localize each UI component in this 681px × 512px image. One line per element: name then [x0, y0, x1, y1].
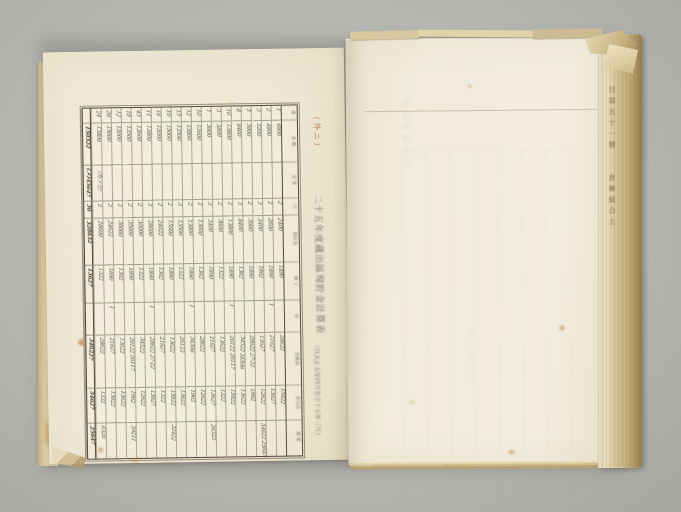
handwritten-value: 43 [135, 109, 140, 116]
table-cell: 15822 [106, 388, 116, 423]
handwritten-value: 28600 [147, 219, 152, 236]
table-cell [173, 164, 183, 200]
handwritten-value: 35000 [126, 220, 131, 237]
table-cell: （外メ分） [93, 165, 103, 201]
table-cell: 13800 [223, 216, 233, 263]
table-cell: 1 [145, 303, 155, 335]
table-cell: 54622 25647 [257, 421, 267, 453]
table-cell: 28622 [95, 335, 105, 388]
handwritten-value: 28622 [198, 336, 203, 353]
table-cell: 1962 [186, 387, 196, 422]
table-cell: 5800 [242, 121, 252, 163]
table-header-cell: 差引高 [286, 385, 302, 420]
handwritten-value: 3 [255, 108, 260, 112]
table-cell: 2 [153, 201, 162, 218]
table-cell: 13622 [176, 387, 186, 422]
table-cell: 12 [182, 107, 191, 122]
handwritten-value: 16 [155, 109, 160, 116]
table-cell [115, 303, 125, 335]
table-cell [103, 165, 113, 201]
table-cell: 13800 [182, 122, 192, 164]
handwritten-value: 328632 [85, 220, 91, 243]
table-cell: 21627 [155, 335, 165, 388]
table-cell: 28622 27-22 [145, 335, 155, 388]
handwritten-value: 1962 [129, 390, 134, 404]
table-cell [247, 421, 257, 453]
handwritten-value: 2 [106, 203, 111, 207]
handwritten-value: 15822 [229, 388, 234, 405]
table-cell: 26122 [175, 334, 185, 387]
handwritten-value: 2400 [276, 217, 281, 231]
table-cell [253, 163, 263, 199]
document-subtitle: （自大正五年四月至仝十五年三月） [312, 342, 323, 438]
table-cell [137, 423, 147, 455]
handwritten-value: 1890 [147, 266, 152, 280]
handwritten-value: 13627 [149, 389, 155, 406]
table-cell: 3 [113, 201, 122, 218]
handwritten-value: 2 [136, 203, 141, 207]
table-cell [227, 421, 237, 453]
handwritten-value: 3400 [206, 218, 211, 232]
table-cell: 1890 [104, 265, 114, 303]
table-cell [157, 423, 167, 455]
handwritten-value: 150322 [84, 125, 90, 148]
table-cell [213, 164, 223, 200]
table-cell: 13627 [206, 387, 216, 422]
table-cell [163, 164, 173, 200]
handwritten-value: 1322 [97, 267, 102, 281]
handwritten-value: 26122 26117 [228, 335, 234, 369]
table-cell [183, 164, 193, 200]
table-cell: 3600 [202, 122, 212, 164]
table-cell: 328632 [83, 219, 92, 266]
table-cell: 3400 [253, 216, 263, 263]
handwritten-value: 12622 [259, 388, 264, 405]
handwritten-value: 13500 [125, 125, 130, 142]
handwritten-value: 1890 [187, 266, 192, 280]
handwritten-value: 1362 [157, 266, 162, 280]
table-cell: 13627 [84, 266, 93, 304]
handwritten-value: 28622 [98, 337, 103, 354]
handwritten-value: 13622 [218, 335, 223, 352]
table-cell: 2 [223, 199, 232, 216]
table-cell: 2 [262, 106, 271, 121]
table-cell: 28600 [93, 218, 103, 265]
handwritten-value: 13600 [135, 125, 141, 142]
handwritten-value: 15000 [155, 124, 160, 141]
table-cell: 35000 [123, 218, 133, 265]
table-cell: 1362 [154, 265, 164, 303]
table-header-cell: 受拂高 [285, 332, 301, 385]
table-cell: 15000 [162, 122, 172, 164]
handwritten-value: 5800 [245, 123, 250, 137]
table-cell: 13800 [222, 121, 232, 163]
table-cell: 1862 [254, 263, 264, 301]
handwritten-value: 39211 [130, 425, 135, 442]
handwritten-value: 12622 [199, 389, 205, 406]
handwritten-value: 1322 [219, 388, 224, 402]
table-cell [237, 421, 247, 453]
foxing-spot [230, 101, 234, 105]
table-cell: 1 [105, 303, 115, 335]
showthrough-text: 例年度計入 [466, 328, 477, 388]
handwritten-value: 34506 [188, 336, 193, 353]
table-cell: 13622 [215, 334, 225, 387]
handwritten-value: 2 [156, 202, 161, 206]
handwritten-value: 13627 [258, 335, 264, 352]
fore-edge-stack: 日第五十一號倉庫組合上 [598, 34, 642, 468]
table-cell [143, 165, 153, 201]
table-cell: 3600 [243, 216, 253, 263]
handwritten-value: 13800 [185, 124, 191, 141]
handwritten-value: 1890 [167, 266, 172, 280]
table-cell: 34522 [135, 335, 145, 388]
handwritten-value: 4800 [265, 123, 271, 137]
deckle-edge [350, 30, 420, 39]
table-cell: 1 [265, 301, 275, 333]
table-cell: 11 [142, 108, 151, 123]
table-cell [197, 422, 207, 454]
handwritten-value: 1362 [237, 265, 242, 279]
table-header-cell: 金 額 [282, 120, 298, 162]
handwritten-value: 15822 [109, 390, 114, 407]
handwritten-value: 13600 [197, 219, 202, 236]
table-cell [217, 422, 227, 454]
table-cell [125, 303, 135, 335]
table-cell: 346227 [85, 336, 94, 389]
handwritten-value: 18 [125, 110, 130, 117]
foxing-spot [98, 447, 103, 452]
table-cell: 24622 [153, 218, 163, 265]
handwritten-value: 2600 [266, 217, 271, 231]
table-cell [95, 303, 105, 335]
table-cell [243, 163, 253, 199]
table-cell: 13500 [173, 217, 183, 264]
table-cell [82, 109, 90, 124]
handwritten-value: 1962 [249, 388, 255, 402]
handwritten-value: 5 [245, 108, 250, 112]
handwritten-value: 2 [186, 202, 191, 206]
table-cell: 3 [212, 107, 221, 122]
table-cell [233, 163, 243, 199]
table-cell: 3 [252, 106, 261, 121]
handwritten-value: 13800 [225, 123, 230, 140]
handwritten-table: 番金 額記 事口現在高利 子印受拂高差引高摘 要 148002240018902… [82, 104, 304, 459]
foxing-spot [410, 400, 414, 404]
handwritten-value: 34522 34506 [238, 335, 244, 369]
handwritten-value: 1322 [177, 266, 183, 280]
handwritten-value: 26323 [209, 423, 215, 440]
handwritten-value: 15000 [105, 125, 110, 142]
table-cell: 3 [233, 199, 242, 216]
gutter-shadow [332, 40, 368, 468]
table-cell: 15 [172, 107, 181, 122]
handwritten-value: 15822 [169, 389, 175, 406]
handwritten-value: 24622 [156, 219, 162, 236]
table-cell: 4800 [262, 121, 272, 163]
table-cell [263, 163, 273, 199]
handwritten-value: 2 [216, 201, 221, 205]
table-cell: 1322 [134, 265, 144, 303]
table-cell [113, 165, 123, 201]
handwritten-value: 15 [175, 109, 180, 116]
table-cell: 2 [133, 201, 142, 218]
handwritten-value: （外メ分） [96, 167, 101, 194]
table-cell: 1890 [184, 264, 194, 302]
handwritten-value: 2 [226, 201, 231, 205]
table-cell [245, 301, 255, 333]
table-cell: 2 [183, 200, 192, 217]
table-cell: 13600 [132, 123, 142, 165]
handwritten-value: 1890 [247, 265, 252, 279]
deckle-edge [418, 30, 538, 38]
table-cell: 1322 [214, 264, 224, 302]
handwritten-value: 32422 [170, 424, 175, 441]
table-cell: 1322 [174, 264, 184, 302]
table-header-cell: 印 [285, 300, 301, 332]
handwritten-value: 1890 [277, 264, 283, 278]
table-cell: 3 [253, 199, 262, 216]
showthrough-text: 規届第組合名 [400, 98, 412, 170]
handwritten-value: 13800 [226, 218, 231, 235]
table-cell: 1962 [246, 386, 256, 421]
table-cell: 8 [232, 106, 241, 121]
table-title-strip: （外ニ） 二十五年度蔵出區現貯金計算表 （自大正五年四月至仝十五年三月） [298, 104, 334, 456]
table-cell: 36000 [113, 218, 123, 265]
handwritten-value: 36000 [116, 220, 121, 237]
table-cell [235, 301, 245, 333]
table-cell: 15822 [276, 386, 286, 421]
handwritten-value: 12 [185, 109, 190, 116]
handwritten-value: 10 [165, 109, 170, 116]
handwritten-value: 30000 [136, 220, 142, 237]
showthrough-table-ghost [401, 149, 599, 498]
table-cell: 12622 [136, 388, 146, 423]
handwritten-value: 2 [166, 202, 171, 206]
handwritten-value: 36 [85, 203, 90, 211]
handwritten-value: 12 [115, 110, 120, 117]
table-cell: 34506 [185, 334, 195, 387]
handwritten-value: 3600 [246, 218, 251, 232]
table-cell: 16 [152, 108, 161, 123]
table-cell: 26122 26117 [225, 333, 235, 386]
handwritten-value: 1 [275, 107, 280, 111]
table-cell: 4800 [272, 121, 282, 163]
handwritten-value: 13622 [179, 389, 184, 406]
table-cell [147, 423, 157, 455]
handwritten-value: 26 [105, 110, 110, 117]
table-cell: 28622 27-22 [245, 333, 255, 386]
handwritten-value: 1890 [227, 265, 233, 279]
handwritten-value: 3 [176, 202, 181, 206]
foxing-spot [78, 339, 84, 346]
table-header-cell: 利 子 [284, 262, 300, 300]
handwritten-value: 3400 [256, 218, 261, 232]
table-cell: 13800 [142, 123, 152, 165]
handwritten-value: 21627 [108, 337, 114, 354]
handwritten-value: 1890 [107, 267, 112, 281]
handwritten-value: 2 [266, 200, 271, 204]
table-cell: 15000 [152, 123, 162, 165]
handwritten-value: 12622 [139, 389, 144, 406]
handwritten-value: 15000 [166, 219, 171, 236]
foxing-spot [560, 325, 565, 330]
table-cell: 36 [83, 202, 91, 219]
table-cell: 8400 [233, 216, 243, 263]
table-cell: 150322 [82, 124, 91, 166]
table-cell: 15000 [112, 123, 122, 165]
handwritten-value: 1962 [189, 389, 194, 403]
table-cell [195, 302, 205, 334]
handwritten-value: 28622 27-22 [148, 336, 154, 369]
table-cell: 13500 [122, 123, 132, 165]
table-cell: 21627 [105, 335, 115, 388]
table-cell [215, 302, 225, 334]
handwritten-value: 11 [145, 109, 150, 116]
handwritten-value: 1 [188, 304, 193, 308]
table-cell [175, 302, 185, 334]
handwritten-value: 3 [215, 108, 220, 112]
table-cell: 32422 [167, 422, 177, 454]
handwritten-value: 1 [228, 303, 233, 307]
table-cell [177, 422, 187, 454]
handwritten-value: 3800 [215, 123, 221, 137]
table-cell: 28600 [143, 218, 153, 265]
table-cell [275, 301, 285, 333]
table-cell: 3 [203, 200, 212, 217]
handwritten-value: 3600 [216, 218, 221, 232]
table-cell: 1890 [204, 264, 214, 302]
table-cell [277, 421, 287, 453]
table-cell: 2 [193, 200, 202, 217]
table-cell: (メ)45647 [83, 166, 92, 202]
table-cell: 1 [185, 302, 195, 334]
table-cell: 1 [272, 106, 281, 121]
handwritten-value: 28600 [97, 220, 102, 237]
handwritten-value: 2 [246, 201, 251, 205]
fore-edge-label-bottom: 倉庫組合上 [608, 174, 616, 229]
table-cell: 26323 [207, 422, 217, 454]
table-cell: 8400 [232, 121, 242, 163]
foxing-spot [508, 450, 514, 455]
handwritten-value: 8 [235, 108, 240, 112]
table-cell: 43 [132, 108, 141, 123]
table-cell: 26 [102, 108, 111, 123]
table-cell [267, 421, 277, 453]
table-cell [193, 164, 203, 200]
table-cell: 13627 [255, 333, 265, 386]
table-cell: 30000 [133, 218, 143, 265]
right-page: 規届第組合名 例年度計入 [346, 37, 611, 465]
handwritten-value: 13622 [168, 336, 173, 353]
table-cell: 1890 [274, 263, 284, 301]
table-cell: 13622 [116, 388, 126, 423]
table-header-cell: 記 事 [283, 162, 299, 198]
handwritten-value: 13627 [86, 267, 91, 287]
table-cell: 3 [143, 201, 152, 218]
table-cell: 2 [213, 200, 222, 217]
handwritten-value: 21627 [158, 336, 164, 353]
table-cell: 15822 [226, 386, 236, 421]
table-cell: 39211 [127, 423, 137, 455]
table-cell: 1890 [264, 263, 274, 301]
fore-edge-label-top: 日第五十一號 [608, 86, 616, 152]
handwritten-value: 2 [276, 200, 281, 204]
table-cell: 2 [273, 199, 282, 216]
table-cell: 54627 [86, 389, 95, 424]
table-cell: 1322 [94, 265, 104, 303]
table-cell: 13627 [146, 388, 156, 423]
handwritten-value: 3600 [205, 123, 210, 137]
handwritten-value: 13500 [176, 219, 181, 236]
table-cell: 1362 [194, 264, 204, 302]
handwritten-value: 346227 [87, 337, 92, 360]
table-cell: 1322 [216, 387, 226, 422]
handwritten-value: 28622 [278, 334, 284, 351]
handwritten-value: 2 [196, 202, 201, 206]
photo-canvas: （外ニ） 二十五年度蔵出區現貯金計算表 （自大正五年四月至仝十五年三月） 番金 … [0, 0, 681, 512]
handwritten-value: 1362 [197, 266, 202, 280]
handwritten-value: 1862 [257, 265, 262, 279]
table-cell [123, 165, 133, 201]
handwritten-value: 13627 [209, 388, 214, 405]
handwritten-value: 13800 [95, 125, 100, 142]
handwritten-value: 5200 [255, 123, 260, 137]
table-cell: 2600 [263, 216, 273, 263]
handwritten-value: 1322 [99, 390, 105, 404]
handwritten-value: 4800 [275, 122, 280, 136]
table-cell: 5200 [252, 121, 262, 163]
handwritten-value: 13500 [175, 124, 180, 141]
table-cell: 1322 [156, 388, 166, 423]
sheet-edge-lines [598, 34, 642, 468]
table-cell [117, 423, 127, 455]
table-cell: 1890 [144, 265, 154, 303]
table-cell: 5 [242, 106, 251, 121]
handwritten-value: 6326 [100, 425, 105, 439]
handwritten-value: 2 [265, 107, 270, 111]
table-cell: 13500 [172, 122, 182, 164]
table-cell: 1890 [124, 265, 134, 303]
handwritten-value: 1 [205, 108, 210, 112]
handwritten-value: 13622 [118, 337, 123, 354]
handwritten-value: 26122 26117 [128, 337, 134, 371]
table-cell: 15000 [163, 217, 173, 264]
handwritten-value: 3 [256, 201, 261, 205]
table-cell: 3 [173, 200, 182, 217]
table-cell [85, 304, 94, 336]
handwritten-value: 24622 [106, 220, 112, 237]
handwritten-value: 1 [148, 304, 153, 308]
table-cell [187, 422, 197, 454]
handwritten-value: 3 [236, 201, 241, 205]
left-page: （外ニ） 二十五年度蔵出區現貯金計算表 （自大正五年四月至仝十五年三月） 番金 … [43, 48, 350, 465]
fore-edge-label: 日第五十一號倉庫組合上 [607, 86, 617, 229]
handwritten-value: 15822 [279, 387, 284, 404]
handwritten-value: 10 [195, 109, 200, 116]
handwritten-value: 1322 [217, 265, 222, 279]
foxing-spot [468, 84, 472, 88]
handwritten-value: 8400 [235, 123, 240, 137]
handwritten-value: (メ)45647 [85, 167, 91, 197]
table-cell: 2 [163, 200, 172, 217]
table-cell: 2 [123, 201, 132, 218]
table-cell: 2400 [273, 216, 283, 263]
handwritten-value: 8400 [236, 218, 242, 232]
handwritten-value: 13622 [119, 390, 125, 407]
table-cell: 2 [93, 201, 102, 218]
table-cell [205, 302, 215, 334]
